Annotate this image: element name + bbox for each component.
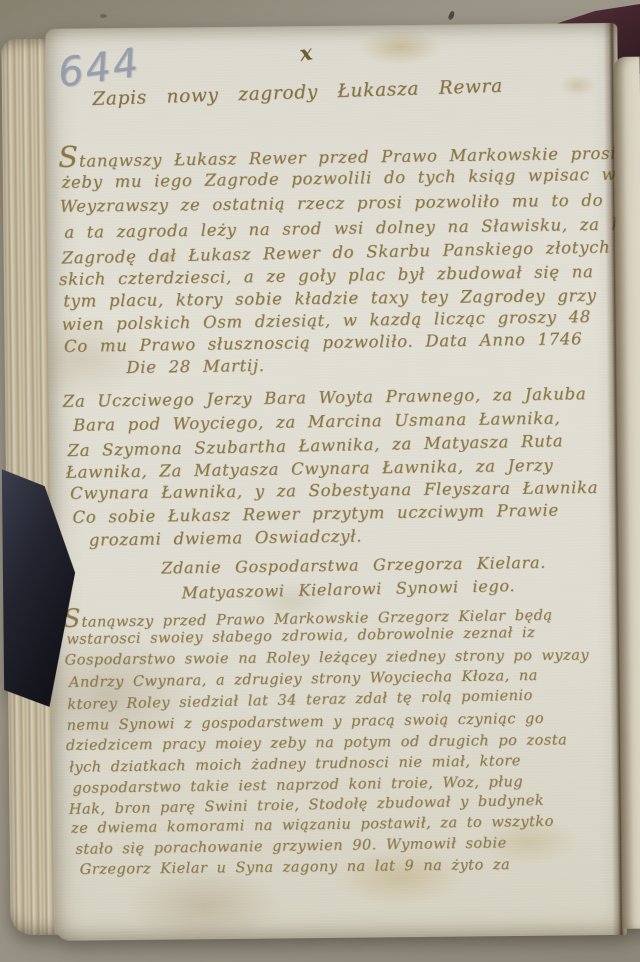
ink-cross-mark: x <box>298 39 314 66</box>
manuscript-line: skich czterdziesci, a ze goły plac był z… <box>59 262 594 289</box>
manuscript-line: gospodarstwo takie iest naprzod koni tro… <box>72 774 523 797</box>
manuscript-line: grozami dwiema Oswiadczył. <box>89 526 363 549</box>
manuscript-line: Co mu Prawo słusznoscią pozwoliło. Data … <box>64 329 583 356</box>
manuscript-line: Za Uczciwego Jerzy Bara Woyta Prawnego, … <box>63 384 587 411</box>
manuscript-line: nemu Synowi z gospodarstwem y pracą swoi… <box>66 711 544 734</box>
manuscript-page: 644 x Zapis nowy zagrody Łukasza Rewra S… <box>45 23 627 941</box>
manuscript-line: łych dziatkach moich żadney trudnosci ni… <box>69 753 521 776</box>
manuscript-line: Die 28 Martij. <box>126 356 265 377</box>
manuscript-line: Weyzrawszy ze ostatnią rzecz prosi pozwo… <box>60 190 627 216</box>
manuscript-line: Ławnika, Za Matyasza Cwynara Ławnika, za… <box>66 456 554 482</box>
debris-speck <box>100 14 107 18</box>
manuscript-line: dziedzicem pracy moiey zeby na potym od … <box>66 732 568 754</box>
debris-speck <box>447 10 455 20</box>
manuscript-line: Cwynara Ławnika, y za Sobestyana Fleysza… <box>70 478 598 503</box>
manuscript-line: Grzegorz Kielar u Syna zagony na lat 9 n… <box>80 857 511 878</box>
manuscript-line: Gospodarstwo swoie na Roley leżącey zied… <box>65 647 590 668</box>
handwriting-layer: 644 x Zapis nowy zagrody Łukasza Rewra S… <box>45 23 627 941</box>
manuscript-line: a ta zagroda leży na srod wsi dolney na … <box>64 214 627 242</box>
book-page-block: 644 x Zapis nowy zagrody Łukasza Rewra S… <box>0 23 640 942</box>
manuscript-line: tym placu, ktory sobie kładzie taxy tey … <box>63 286 596 311</box>
manuscript-photo: 644 x Zapis nowy zagrody Łukasza Rewra S… <box>0 0 640 962</box>
entry-title: Zapis nowy zagrody Łukasza Rewra <box>92 76 503 110</box>
manuscript-line: stało się porachowanie grzywien 90. Wymo… <box>75 835 507 857</box>
manuscript-line: Co sobie Łukasz Rewer przytym uczciwym P… <box>72 501 559 527</box>
manuscript-line: ze dwiema komorami na wiązaniu postawił,… <box>71 814 554 837</box>
manuscript-line: Bara pod Woyciego, za Marcina Usmana Ław… <box>73 409 561 435</box>
manuscript-line: Andrzy Cwynara, a zdrugiey strony Woycie… <box>69 668 538 691</box>
section-heading: Zdanie Gospodarstwa Grzegorza Kielara. <box>161 553 546 578</box>
manuscript-line: ktorey Roley siedział lat 34 teraz zdał … <box>67 688 533 713</box>
section-heading: Matyaszowi Kielarowi Synowi iego. <box>181 576 515 602</box>
